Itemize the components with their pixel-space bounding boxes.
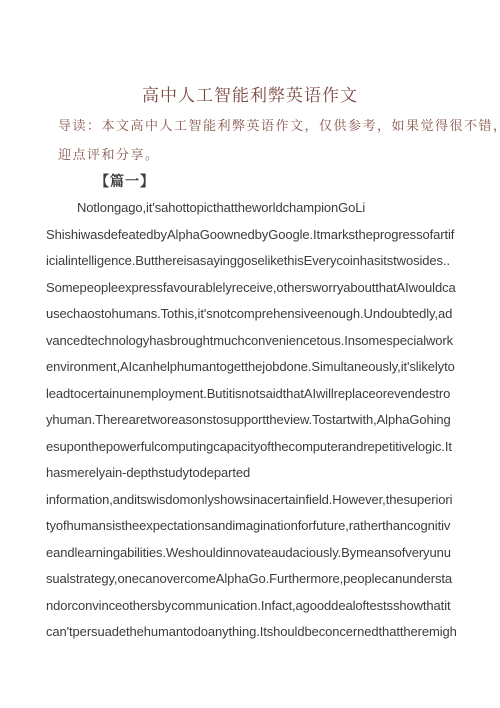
essay-line: vancedtechnologyhasbroughtmuchconvenienc… xyxy=(46,328,470,355)
lead-paragraph: 导读：本文高中人工智能利弊英语作文，仅供参考，如果觉得很不错，欢迎点评和分享。 xyxy=(58,111,460,169)
essay-line: Somepeopleexpressfavourablelyreceive,oth… xyxy=(46,275,470,302)
essay-line: environment,AIcanhelphumantogetthejobdon… xyxy=(46,354,470,381)
essay-line: hasmerelyain-depthstudytodeparted xyxy=(46,460,470,487)
essay-body: Notlongago,it'sahottopicthattheworldcham… xyxy=(46,195,470,646)
lead-line: 导读：本文高中人工智能利弊英语作文，仅供参考，如果觉得很不错，欢 xyxy=(58,111,460,140)
essay-line: ShishiwasdefeatedbyAlphaGoownedbyGoogle.… xyxy=(46,222,470,249)
essay-line: usechaostohumans.Tothis,it'snotcomprehen… xyxy=(46,301,470,328)
essay-line: information,anditswisdomonlyshowsinacert… xyxy=(46,487,470,514)
document-page: 高中人工智能利弊英语作文 导读：本文高中人工智能利弊英语作文，仅供参考，如果觉得… xyxy=(0,0,500,708)
essay-line: eandlearningabilities.Weshouldinnovateau… xyxy=(46,540,470,567)
essay-line: esuponthepowerfulcomputingcapacityofthec… xyxy=(46,434,470,461)
essay-line: tyofhumansistheexpectationsandimaginatio… xyxy=(46,513,470,540)
essay-line: icialintelligence.Butthereisasayinggosel… xyxy=(46,248,470,275)
essay-line: can'tpersuadethehumantodoanything.Itshou… xyxy=(46,619,470,646)
lead-line: 迎点评和分享。 xyxy=(58,140,460,169)
section-label: 【篇一】 xyxy=(95,171,155,191)
page-title: 高中人工智能利弊英语作文 xyxy=(0,81,500,106)
essay-line: ndorconvinceothersbycommunication.Infact… xyxy=(46,593,470,620)
essay-line: leadtocertainunemployment.Butitisnotsaid… xyxy=(46,381,470,408)
essay-line: yhuman.Therearetworeasonstosupportthevie… xyxy=(46,407,470,434)
essay-line: sualstrategy,onecanovercomeAlphaGo.Furth… xyxy=(46,566,470,593)
essay-line: Notlongago,it'sahottopicthattheworldcham… xyxy=(46,195,470,222)
